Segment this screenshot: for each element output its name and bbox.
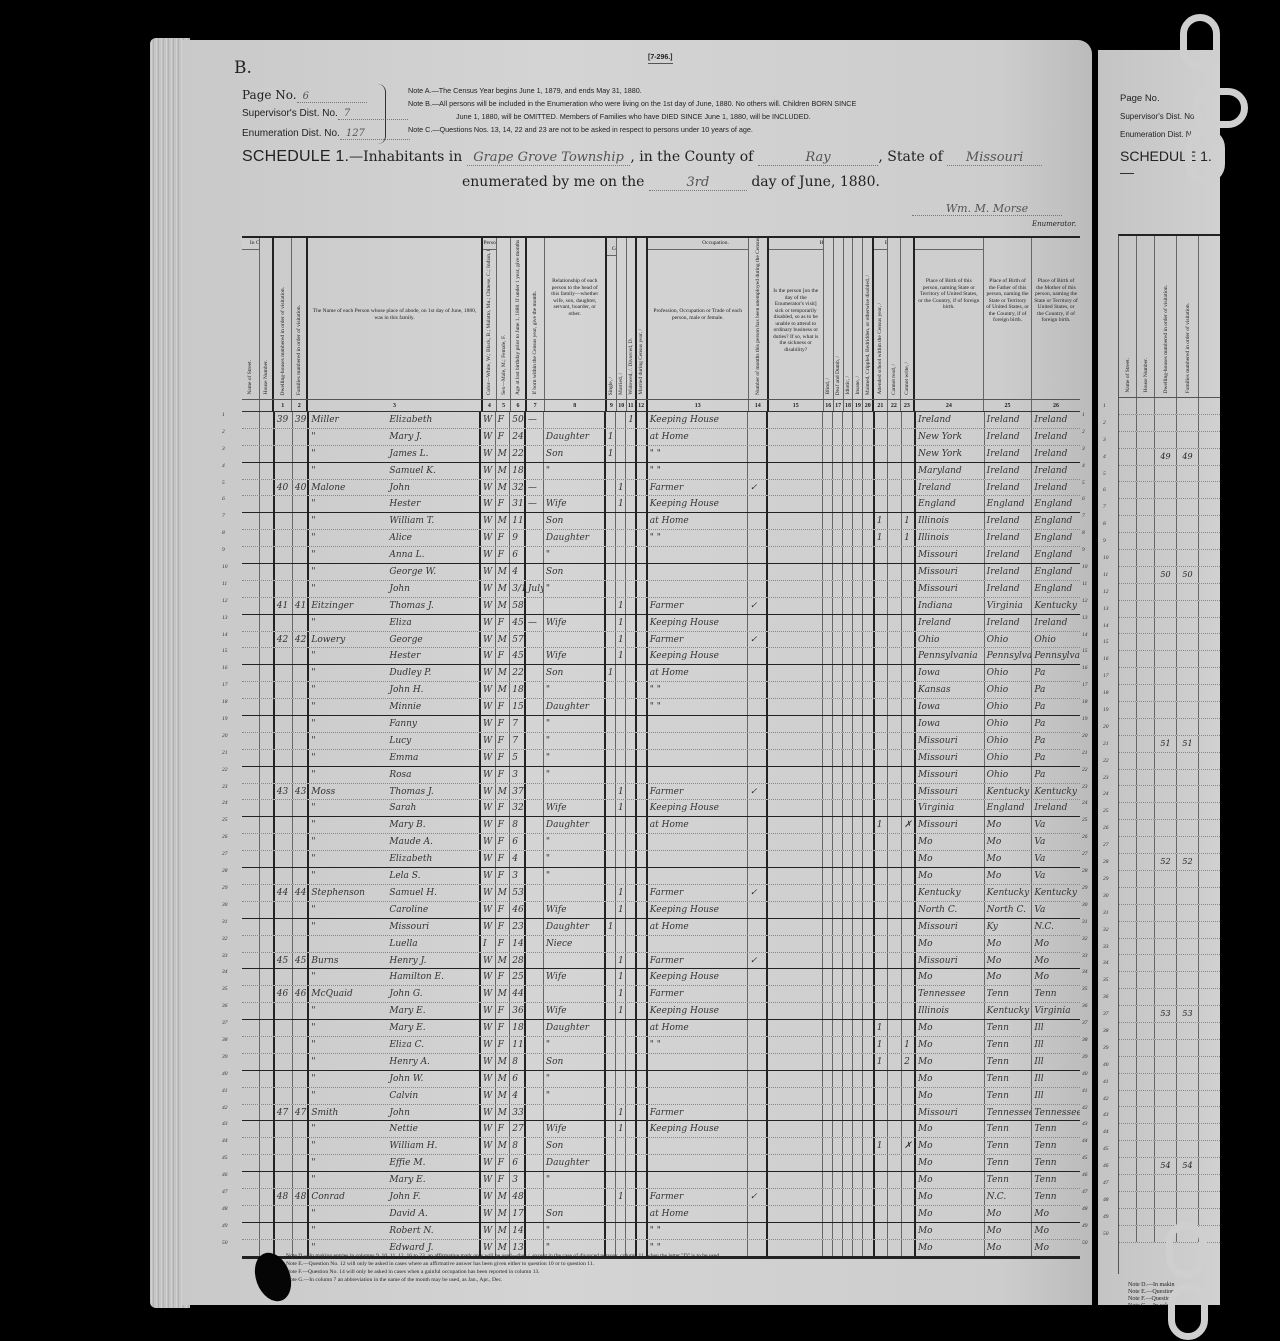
cell-month: — bbox=[526, 615, 544, 631]
table-row: LuellaIF14NieceMoMoMo3232 bbox=[242, 936, 1080, 953]
cell-empty bbox=[823, 615, 833, 631]
cell-age: 58 bbox=[510, 598, 526, 614]
cell-dw: 47 bbox=[275, 1105, 293, 1121]
cell-empty bbox=[768, 716, 823, 732]
hdr-street: In Cities.Name of Street. bbox=[242, 238, 260, 399]
cell-dw: 43 bbox=[275, 784, 293, 800]
cell-age: 4 bbox=[510, 564, 526, 580]
cell-empty bbox=[823, 564, 833, 580]
rp-cell-dw: 52 bbox=[1155, 854, 1177, 870]
cell-s bbox=[606, 1121, 616, 1137]
rp-row: 465454 bbox=[1119, 1158, 1220, 1175]
cell-empty bbox=[833, 648, 843, 664]
cell-m: 1 bbox=[616, 1189, 626, 1205]
rp-line-number: 9 bbox=[1103, 533, 1106, 549]
cell-empty bbox=[843, 496, 853, 512]
cell-empty bbox=[768, 834, 823, 850]
cell-e23 bbox=[902, 1020, 916, 1036]
cell-empty bbox=[768, 969, 823, 985]
surname: Burns bbox=[311, 953, 389, 969]
group-occupation: Occupation. bbox=[648, 240, 749, 250]
cell-empty bbox=[888, 1189, 902, 1205]
cell-empty bbox=[888, 817, 902, 833]
cell-empty bbox=[888, 1088, 902, 1104]
cell-s bbox=[606, 834, 616, 850]
cell-empty bbox=[863, 598, 874, 614]
cell-e21 bbox=[875, 767, 889, 783]
page-no-label: Page No. bbox=[242, 88, 297, 102]
cell-empty bbox=[637, 986, 648, 1002]
given-name: David A. bbox=[389, 1209, 428, 1219]
line-number: 9 bbox=[1082, 547, 1085, 553]
line-number: 21 bbox=[222, 750, 228, 756]
cell-rel: " bbox=[544, 1071, 606, 1087]
group-health: Health. bbox=[769, 240, 824, 250]
given-name: Effie M. bbox=[389, 1158, 425, 1168]
cell-w bbox=[626, 581, 636, 597]
cell-empty bbox=[823, 902, 833, 918]
cell-color: W bbox=[481, 547, 496, 563]
cell-s bbox=[606, 817, 616, 833]
cell-pob: Pennsylvania bbox=[916, 648, 985, 664]
cell-empty bbox=[888, 463, 902, 479]
cell-rel: " bbox=[544, 547, 606, 563]
cell-occ: " " bbox=[648, 446, 748, 462]
given-name: Elizabeth bbox=[389, 854, 432, 864]
cell-mpob: England bbox=[1032, 581, 1080, 597]
hdr-text: Attended school within the Census year, … bbox=[877, 303, 883, 395]
surname: " bbox=[311, 648, 389, 664]
rp-row: 25 bbox=[1119, 803, 1220, 820]
cell-empty bbox=[823, 1121, 833, 1137]
cell-e23 bbox=[902, 1240, 916, 1256]
cell-empty bbox=[768, 1088, 823, 1104]
group-personal: Personal Description. bbox=[483, 240, 497, 250]
cell-occ: Keeping House bbox=[648, 1121, 748, 1137]
hdr-blind: Blind, / bbox=[824, 238, 834, 399]
cell-empty bbox=[888, 986, 902, 1002]
cell-color: W bbox=[481, 1206, 496, 1222]
cell-empty bbox=[888, 767, 902, 783]
cell-dw bbox=[275, 699, 293, 715]
cell-rel: " bbox=[544, 581, 606, 597]
cell-w bbox=[626, 1037, 636, 1053]
cell-empty bbox=[833, 547, 843, 563]
rp-line-number: 22 bbox=[1103, 753, 1109, 769]
cell-empty bbox=[637, 936, 648, 952]
cell-empty bbox=[637, 480, 648, 496]
cell-empty bbox=[768, 463, 823, 479]
cell-empty bbox=[833, 581, 843, 597]
cell-occ: Keeping House bbox=[648, 1003, 748, 1019]
cell-age: 24 bbox=[510, 429, 526, 445]
rp-cell-fam bbox=[1177, 820, 1199, 836]
rp-cell-dw bbox=[1155, 1107, 1177, 1123]
cell-sex: M bbox=[496, 513, 511, 529]
cell-sex: M bbox=[496, 1223, 511, 1239]
cell-age: 22 bbox=[510, 665, 526, 681]
cell-empty bbox=[853, 868, 863, 884]
rp-cell-empty bbox=[1137, 820, 1155, 836]
cell-empty bbox=[768, 750, 823, 766]
cell-unemp bbox=[748, 1088, 768, 1104]
cell-m bbox=[616, 665, 626, 681]
surname: " bbox=[311, 547, 389, 563]
rp-cell-dw bbox=[1155, 1141, 1177, 1157]
cell-mpob: Pennsylvania bbox=[1032, 648, 1080, 664]
cell-empty bbox=[853, 581, 863, 597]
cell-empty bbox=[260, 1155, 275, 1171]
cell-occ: Farmer bbox=[648, 598, 748, 614]
table-row: "Lela S.WF3"MoMoVa2828 bbox=[242, 868, 1080, 885]
cell-color: W bbox=[481, 682, 496, 698]
cell-w bbox=[626, 564, 636, 580]
line-number: 28 bbox=[1082, 868, 1088, 874]
cell-empty bbox=[823, 480, 833, 496]
cell-w bbox=[626, 1020, 636, 1036]
rp-cell-fam bbox=[1177, 1023, 1199, 1039]
cell-fam: 45 bbox=[293, 953, 309, 969]
enumeration-label: Enumeration Dist. No. bbox=[242, 128, 340, 139]
rp-cell-fam bbox=[1177, 786, 1199, 802]
rp-line-number: 45 bbox=[1103, 1141, 1109, 1157]
rp-cell-empty bbox=[1137, 550, 1155, 566]
cell-dw: 42 bbox=[275, 632, 293, 648]
cell-empty bbox=[833, 1003, 843, 1019]
binder-ring bbox=[1192, 88, 1248, 128]
cell-e21: 1 bbox=[875, 530, 889, 546]
surname: " bbox=[311, 1155, 389, 1171]
rp-cell-dw bbox=[1155, 499, 1177, 515]
rp-line-number: 14 bbox=[1103, 618, 1109, 634]
cell-empty bbox=[863, 919, 874, 935]
line-number: 30 bbox=[222, 902, 228, 908]
cell-w bbox=[626, 429, 636, 445]
cell-empty bbox=[260, 1088, 275, 1104]
cell-e23 bbox=[902, 1189, 916, 1205]
cell-empty bbox=[833, 429, 843, 445]
cell-pob: England bbox=[916, 496, 985, 512]
cell-sex: M bbox=[496, 1206, 511, 1222]
line-number: 49 bbox=[1082, 1223, 1088, 1229]
rp-cell-dw bbox=[1155, 803, 1177, 819]
cell-empty bbox=[823, 682, 833, 698]
note-e: Note E.—Question No. 12 will only be ask… bbox=[286, 1260, 721, 1268]
cell-color: W bbox=[481, 615, 496, 631]
cell-empty bbox=[888, 800, 902, 816]
line-number: 43 bbox=[222, 1121, 228, 1127]
rp-cell-empty bbox=[1119, 1175, 1137, 1191]
cell-pob: Mo bbox=[916, 834, 985, 850]
rp-cell-fam bbox=[1177, 516, 1199, 532]
surname: " bbox=[311, 1037, 389, 1053]
cell-m bbox=[616, 767, 626, 783]
cell-m bbox=[616, 581, 626, 597]
cell-empty bbox=[242, 851, 260, 867]
cell-empty bbox=[888, 1020, 902, 1036]
cell-s bbox=[606, 1189, 616, 1205]
cell-occ bbox=[648, 581, 748, 597]
cell-occ: " " bbox=[648, 1037, 748, 1053]
surname: " bbox=[311, 496, 389, 512]
cell-empty bbox=[833, 885, 843, 901]
rp-cell-empty bbox=[1137, 803, 1155, 819]
cell-sex: F bbox=[496, 1155, 511, 1171]
cell-fpob: Ireland bbox=[985, 547, 1033, 563]
rp-cell-dw bbox=[1155, 398, 1177, 414]
cell-empty bbox=[242, 986, 260, 1002]
cell-occ bbox=[648, 868, 748, 884]
person-name-cell: "Hamilton E. bbox=[309, 969, 481, 985]
cell-mpob: England bbox=[1032, 530, 1080, 546]
col-num: 14 bbox=[749, 400, 769, 411]
cell-empty bbox=[242, 564, 260, 580]
cell-empty bbox=[260, 953, 275, 969]
cell-empty bbox=[823, 412, 833, 428]
cell-fpob: Tenn bbox=[985, 1121, 1033, 1137]
rp-cell-empty bbox=[1119, 432, 1137, 448]
given-name: Robert N. bbox=[389, 1226, 433, 1236]
rp-cell-fam bbox=[1177, 1141, 1199, 1157]
cell-empty bbox=[637, 1189, 648, 1205]
cell-mpob: England bbox=[1032, 496, 1080, 512]
cell-empty bbox=[768, 615, 823, 631]
rp-row: 36 bbox=[1119, 989, 1220, 1006]
rp-cell-dw bbox=[1155, 871, 1177, 887]
cell-age: 33 bbox=[510, 1105, 526, 1121]
cell-empty bbox=[833, 632, 843, 648]
cell-empty bbox=[637, 969, 648, 985]
cell-e23 bbox=[902, 682, 916, 698]
cell-empty bbox=[833, 1155, 843, 1171]
cell-unemp bbox=[748, 919, 768, 935]
cell-e21 bbox=[875, 936, 889, 952]
cell-w bbox=[626, 648, 636, 664]
surname: " bbox=[311, 919, 389, 935]
cell-empty bbox=[888, 1003, 902, 1019]
rp-cell-dw bbox=[1155, 516, 1177, 532]
cell-m: 1 bbox=[616, 615, 626, 631]
cell-empty bbox=[260, 513, 275, 529]
person-name-cell: "Eliza bbox=[309, 615, 481, 631]
cell-mpob: Tenn bbox=[1032, 1121, 1080, 1137]
cell-rel: " bbox=[544, 1172, 606, 1188]
cell-mpob: Pa bbox=[1032, 682, 1080, 698]
hdr-text: Place of Birth of the Father of this per… bbox=[984, 238, 1031, 324]
line-number: 11 bbox=[1082, 581, 1087, 587]
cell-month bbox=[526, 665, 544, 681]
cell-fam bbox=[293, 463, 309, 479]
rp-cell-dw bbox=[1155, 432, 1177, 448]
cell-fpob: Ohio bbox=[985, 733, 1033, 749]
cell-empty bbox=[843, 784, 853, 800]
rp-line-number: 27 bbox=[1103, 837, 1109, 853]
state-value: Missouri bbox=[947, 150, 1042, 166]
cell-dw bbox=[275, 581, 293, 597]
rp-row: 35 bbox=[1119, 972, 1220, 989]
cell-empty bbox=[768, 564, 823, 580]
cell-m bbox=[616, 851, 626, 867]
rp-hdr-cell: Families numbered in order of visitation… bbox=[1177, 236, 1199, 397]
cell-empty bbox=[833, 598, 843, 614]
given-name: Calvin bbox=[389, 1091, 418, 1101]
cell-fpob: Mo bbox=[985, 1223, 1033, 1239]
cell-dw bbox=[275, 1054, 293, 1070]
hdr-text: Idiotic, / bbox=[845, 376, 851, 395]
line-number: 50 bbox=[222, 1240, 228, 1246]
cell-empty bbox=[863, 1088, 874, 1104]
col-num: 24 bbox=[915, 400, 984, 411]
cell-e23 bbox=[902, 784, 916, 800]
cell-fam bbox=[293, 429, 309, 445]
rp-line-number: 43 bbox=[1103, 1107, 1109, 1123]
cell-pob: Kentucky bbox=[916, 885, 985, 901]
cell-e21 bbox=[875, 1003, 889, 1019]
cell-empty bbox=[242, 1189, 260, 1205]
cell-empty bbox=[768, 733, 823, 749]
col-num: 16 bbox=[824, 400, 834, 411]
rp-cell-empty bbox=[1119, 1006, 1137, 1022]
cell-occ: " " bbox=[648, 530, 748, 546]
cell-empty bbox=[637, 953, 648, 969]
cell-month bbox=[526, 986, 544, 1002]
col-num: 20 bbox=[863, 400, 874, 411]
cell-empty bbox=[768, 919, 823, 935]
rp-line-number: 46 bbox=[1103, 1158, 1109, 1174]
cell-fpob: Tenn bbox=[985, 1037, 1033, 1053]
rp-row: 30 bbox=[1119, 888, 1220, 905]
cell-empty bbox=[260, 632, 275, 648]
table-row: "Hamilton E.WF25Wife1Keeping HouseMoMoMo… bbox=[242, 969, 1080, 986]
cell-empty bbox=[853, 1054, 863, 1070]
col-num: 1 bbox=[274, 400, 292, 411]
cell-empty bbox=[843, 1105, 853, 1121]
cell-m bbox=[616, 564, 626, 580]
line-number: 33 bbox=[1082, 953, 1088, 959]
cell-empty bbox=[823, 1223, 833, 1239]
cell-fpob: Mo bbox=[985, 1240, 1033, 1256]
rp-cell-dw bbox=[1155, 753, 1177, 769]
cell-empty bbox=[242, 615, 260, 631]
rp-page-no-label: Page No. bbox=[1120, 90, 1160, 108]
cell-sex: M bbox=[496, 1071, 511, 1087]
cell-fam bbox=[293, 1206, 309, 1222]
given-name: Emma bbox=[389, 753, 418, 763]
cell-s bbox=[606, 1172, 616, 1188]
cell-empty bbox=[833, 699, 843, 715]
cell-mpob: Mo bbox=[1032, 1240, 1080, 1256]
line-number: 32 bbox=[222, 936, 228, 942]
cell-fpob: Tenn bbox=[985, 1155, 1033, 1171]
rp-cell-fam bbox=[1177, 550, 1199, 566]
cell-month bbox=[526, 969, 544, 985]
cell-e21 bbox=[875, 1121, 889, 1137]
cell-dw bbox=[275, 1121, 293, 1137]
table-row: "LucyWF7"MissouriOhioPa2020 bbox=[242, 733, 1080, 750]
cell-unemp bbox=[748, 800, 768, 816]
cell-empty bbox=[260, 1138, 275, 1154]
cell-m bbox=[616, 1138, 626, 1154]
cell-age: 28 bbox=[510, 953, 526, 969]
cell-dw bbox=[275, 733, 293, 749]
person-name-cell: LoweryGeorge bbox=[309, 632, 481, 648]
cell-empty bbox=[823, 1071, 833, 1087]
cell-empty bbox=[863, 784, 874, 800]
person-name-cell: SmithJohn bbox=[309, 1105, 481, 1121]
cell-w bbox=[626, 1155, 636, 1171]
rp-hdr-cell: House Number. bbox=[1137, 236, 1155, 397]
rp-header: Name of Street.House Number.Dwelling-hou… bbox=[1119, 236, 1220, 398]
cell-pob: Mo bbox=[916, 1223, 985, 1239]
cell-fam bbox=[293, 1071, 309, 1087]
cell-s bbox=[606, 750, 616, 766]
cell-rel bbox=[544, 412, 606, 428]
cell-empty bbox=[637, 1054, 648, 1070]
rp-cell-empty bbox=[1119, 888, 1137, 904]
rp-cell-empty bbox=[1137, 922, 1155, 938]
cell-empty bbox=[768, 986, 823, 1002]
cell-unemp: ✓ bbox=[748, 784, 768, 800]
cell-empty bbox=[823, 800, 833, 816]
cell-unemp bbox=[748, 682, 768, 698]
person-name-cell: "Mary E. bbox=[309, 1003, 481, 1019]
cell-empty bbox=[242, 1206, 260, 1222]
cell-mpob: Va bbox=[1032, 834, 1080, 850]
cell-rel: Son bbox=[544, 1206, 606, 1222]
cell-color: W bbox=[481, 902, 496, 918]
cell-empty bbox=[863, 496, 874, 512]
line-number: 7 bbox=[1082, 513, 1085, 519]
cell-empty bbox=[863, 1206, 874, 1222]
hdr-text: The Name of each Person whose place of a… bbox=[308, 238, 480, 321]
cell-e23: 1 bbox=[902, 1037, 916, 1053]
rp-line-number: 25 bbox=[1103, 803, 1109, 819]
cell-occ bbox=[648, 1155, 748, 1171]
cell-occ: at Home bbox=[648, 665, 748, 681]
hdr-text: Age at last birthday prior to June 1, 18… bbox=[515, 245, 521, 395]
rp-cell-fam bbox=[1177, 939, 1199, 955]
cell-color: W bbox=[481, 868, 496, 884]
line-number: 35 bbox=[222, 986, 228, 992]
cell-mpob: Mo bbox=[1032, 969, 1080, 985]
table-row: "David A.WM17Sonat HomeMoMoMo4848 bbox=[242, 1206, 1080, 1223]
surname: " bbox=[311, 1223, 389, 1239]
col-num: 22 bbox=[888, 400, 901, 411]
cell-empty bbox=[833, 1054, 843, 1070]
cell-empty bbox=[833, 1172, 843, 1188]
cell-empty bbox=[823, 463, 833, 479]
cell-empty bbox=[863, 1054, 874, 1070]
rp-row: 19 bbox=[1119, 702, 1220, 719]
cell-empty bbox=[853, 480, 863, 496]
given-name: Rosa bbox=[389, 770, 411, 780]
cell-m bbox=[616, 412, 626, 428]
cell-month bbox=[526, 767, 544, 783]
note-b: Note B.—All persons will be included in … bbox=[408, 97, 1048, 110]
cell-color: W bbox=[481, 513, 496, 529]
person-name-cell: EitzingerThomas J. bbox=[309, 598, 481, 614]
cell-sex: F bbox=[496, 716, 511, 732]
cell-empty bbox=[768, 1155, 823, 1171]
rp-cell-empty bbox=[1137, 770, 1155, 786]
cell-occ: at Home bbox=[648, 817, 748, 833]
rp-cell-empty bbox=[1137, 753, 1155, 769]
col-num: 6 bbox=[511, 400, 526, 411]
rp-cell-empty bbox=[1119, 618, 1137, 634]
cell-empty bbox=[768, 648, 823, 664]
cell-rel bbox=[544, 632, 606, 648]
cell-e23 bbox=[902, 834, 916, 850]
